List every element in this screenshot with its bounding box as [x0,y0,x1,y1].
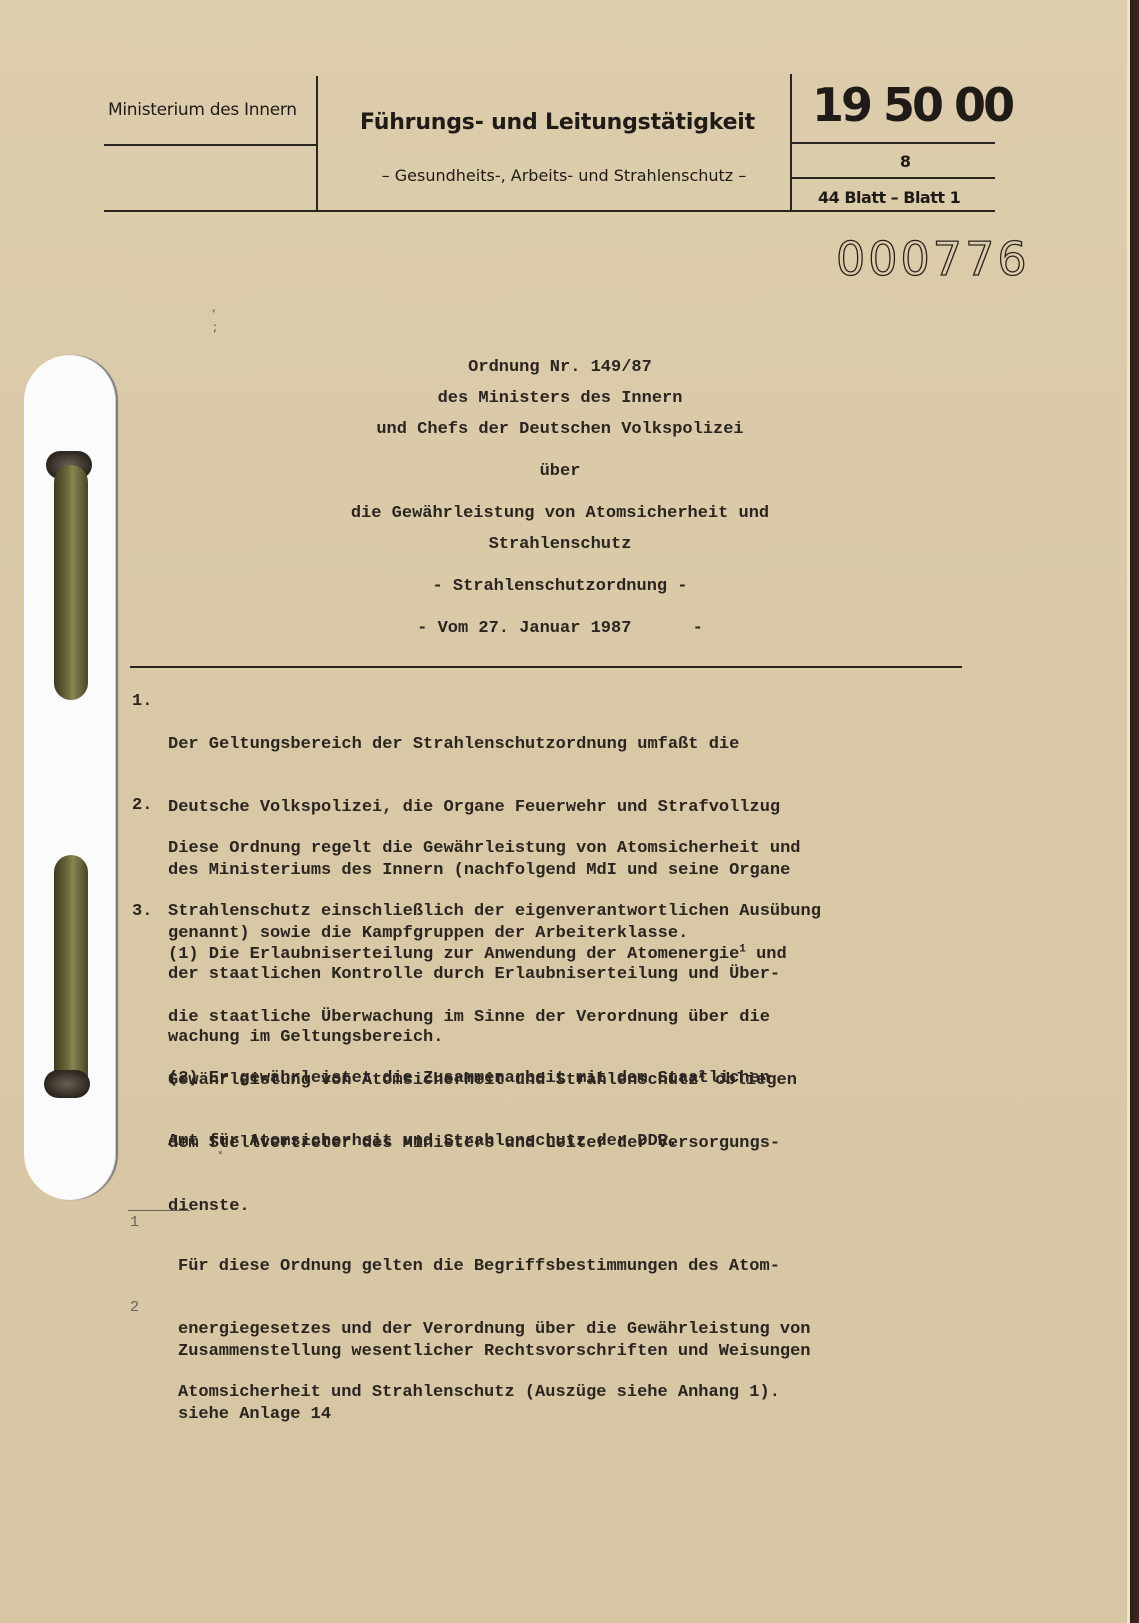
header-title: Führungs- und Leitungstätigkeit [330,110,785,135]
file-code-number: 19 50 00 [812,78,1012,132]
binder-clip-top [54,465,88,700]
section-number: 3. [132,902,152,921]
title-line-chief: und Chefs der Deutschen Volkspolizei [130,420,990,439]
title-line-minister: des Ministers des Innern [130,389,990,408]
header-rule-left-mid [104,144,316,146]
footnote-ref-1[interactable]: 1 [739,943,746,955]
binder-strip [24,355,116,1200]
stray-mark: , [212,300,216,314]
title-line-date: - Vom 27. Januar 1987 - [130,619,990,638]
title-line-about: über [130,462,990,481]
sheet-info: 44 Blatt – Blatt 1 [818,188,960,207]
section-number: 1. [132,692,152,711]
stray-mark: * [218,1150,223,1160]
title-separator-rule [130,666,962,668]
title-line-order-number: Ordnung Nr. 149/87 [130,358,990,377]
section-number: 2. [132,796,152,815]
binder-clip-bottom [54,855,88,1095]
binder-clip-head-bottom [44,1070,90,1098]
footnote-rule [128,1210,190,1211]
footnote-number: 1 [130,1214,139,1231]
footnote-number: 2 [130,1299,139,1316]
ministry-label: Ministerium des Innern [108,100,297,120]
header-subtitle: – Gesundheits-, Arbeits- und Strahlensch… [330,166,798,185]
header-rule-code [792,142,995,144]
title-line-subject-2: Strahlenschutz [130,535,990,554]
title-line-short-name: - Strahlenschutzordnung - [130,577,990,596]
stray-mark: ; [213,320,217,334]
section-3-subsection-2: (2) Er gewährleistet die Zusammenarbeit … [168,1026,770,1194]
header-rule-bottom [104,210,995,212]
title-line-subject-1: die Gewährleistung von Atomsicherheit un… [130,504,990,523]
header-divider-1 [316,76,318,212]
serial-number-stamp: 000776 [836,232,1030,286]
footnote-2-text: Zusammenstellung wesentlicher Rechtsvors… [178,1299,811,1467]
header-rule-volume [792,177,995,179]
volume-number: 8 [818,152,993,171]
page-edge [1127,0,1139,1623]
document-page: Ministerium des Innern Führungs- und Lei… [0,0,1127,1623]
